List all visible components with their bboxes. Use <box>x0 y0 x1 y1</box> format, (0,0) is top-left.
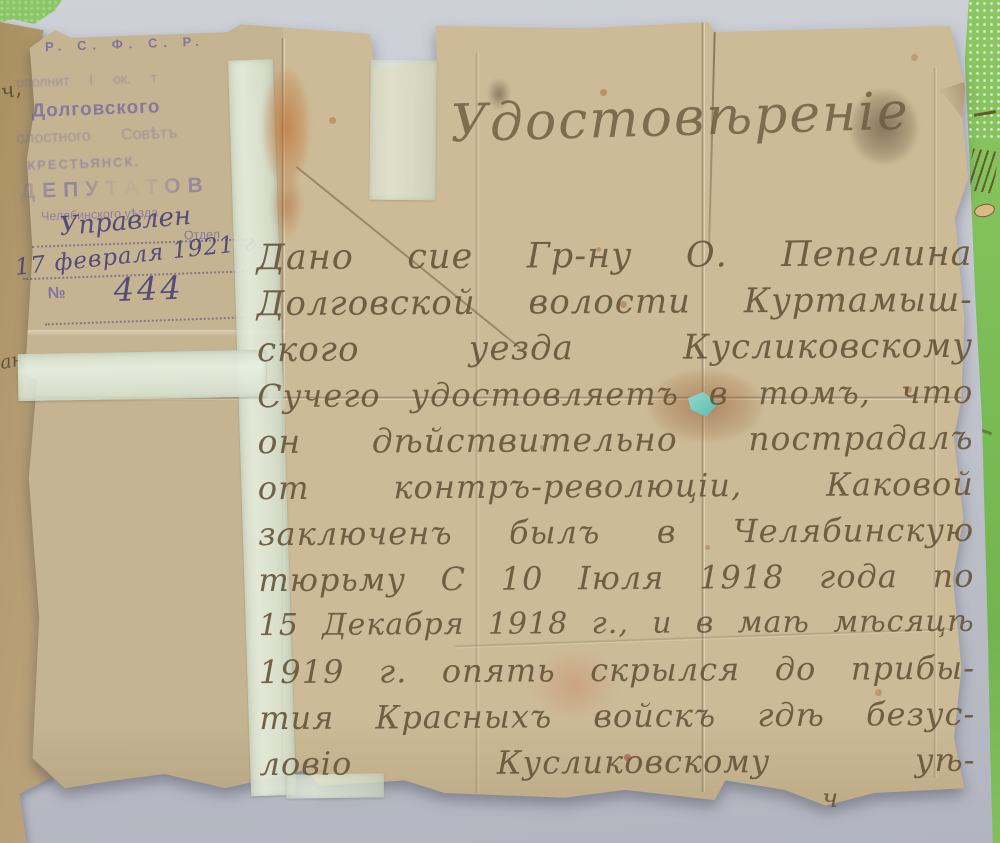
body-line: Сучего удостовляетъ в томъ, что <box>257 370 973 420</box>
body-line: 15 Декабря 1918 г., и в маѣ мѣсяцѣ <box>259 600 975 650</box>
body-line: ского уезда Кусликовскому <box>257 324 973 374</box>
trailing-mark: ч <box>822 784 838 814</box>
stamp-header: Р. С. Ф. С. Р. <box>45 34 205 55</box>
body-line: он дѣйствительно пострадалъ <box>257 416 973 466</box>
body-line: от контръ-революціи, Каковой <box>258 462 974 512</box>
photo-of-certificate: ч, ан Р. С. Ф. С. Р. ополнит І ок. т Дол… <box>0 0 1000 843</box>
stamp-line-committee: ополнит І ок. т <box>16 69 157 90</box>
body-line: ловіо Кусликовскому уѣ- <box>259 738 975 788</box>
stamp-line-dolgovskogo: Долговского <box>31 96 161 122</box>
rust-stain <box>262 68 310 186</box>
handwritten-number: 444 <box>113 269 184 309</box>
tape-strip-horizontal <box>18 350 267 401</box>
body-line: тюрьму С 10 Іюля 1918 года по <box>258 554 974 604</box>
rust-stain <box>270 170 304 240</box>
body-line: тия Красныхъ войскъ гдѣ безус- <box>259 692 975 742</box>
stamp-line-deputies: ДЕПУТАТОВ <box>20 174 210 205</box>
body-line: 1919 г. опять скрылся до прибы- <box>259 646 975 696</box>
stamp-line-peasants: КРЕСТЬЯНСК. <box>27 154 140 173</box>
number-sign: № <box>47 285 65 304</box>
body-line: Дано сие Гр-ну О. Пепелина <box>256 232 972 282</box>
document-body: Дано сие Гр-ну О. Пепелина Долговской во… <box>256 232 975 788</box>
stamp-line-volost: олостного Совѣтъ <box>16 125 177 149</box>
foxing-spots <box>0 0 5 5</box>
body-line: Долговской волости Куртамыш- <box>257 278 973 328</box>
body-line: заключенъ былъ в Челябинскую <box>258 508 974 558</box>
bent-corner <box>940 80 970 128</box>
